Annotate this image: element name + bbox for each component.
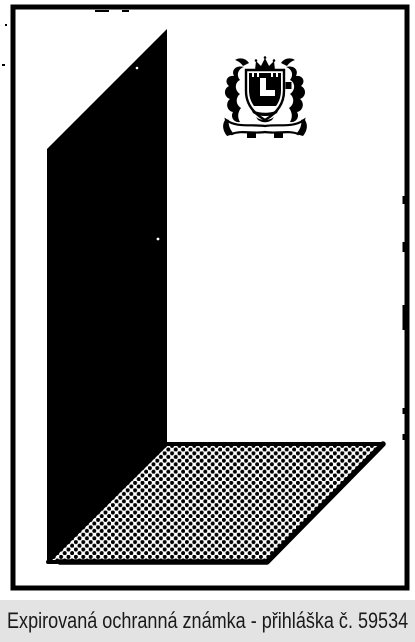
ribbon-tab-left — [247, 133, 256, 138]
caption-bar: Expirovaná ochranná známka - přihláška č… — [0, 600, 415, 642]
mantling-leaf-left — [235, 58, 249, 66]
shield-side-mark — [286, 82, 292, 89]
supporter-right — [286, 67, 305, 123]
trademark-document-page: Expirovaná ochranná známka - přihláška č… — [0, 0, 415, 642]
mantling-leaf-right — [281, 58, 295, 66]
trademark-artwork — [0, 0, 415, 600]
supporter-left — [225, 67, 244, 123]
ribbon-tab-right — [274, 133, 283, 138]
crown — [255, 58, 275, 70]
coat-of-arms-emblem — [223, 56, 307, 138]
caption-text: Expirovaná ochranná známka - přihláška č… — [7, 608, 408, 634]
